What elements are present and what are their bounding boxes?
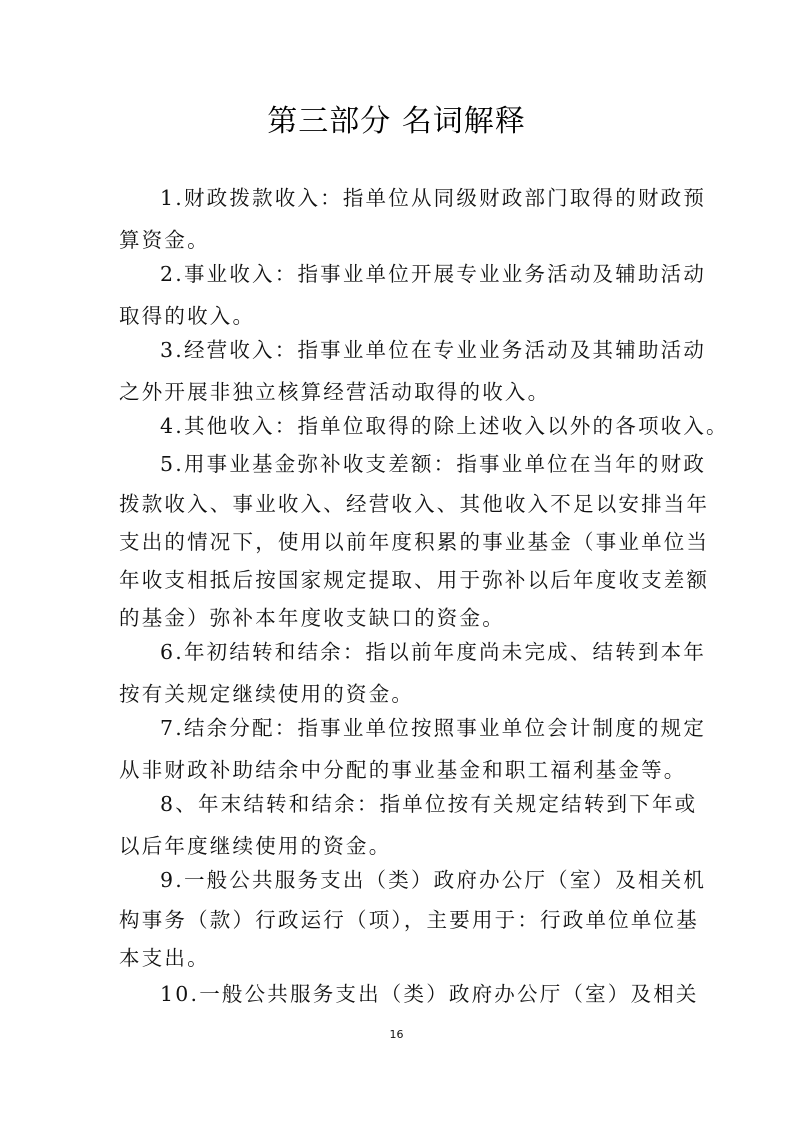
- paragraph-line: 9.一般公共服务支出（类）政府办公厅（室）及相关机: [160, 868, 706, 892]
- paragraph-line: 4.其他收入：指单位取得的除上述收入以外的各项收入。: [160, 414, 729, 438]
- paragraph-line: 以后年度继续使用的资金。: [119, 834, 391, 858]
- paragraph-line: 从非财政补助结余中分配的事业基金和职工福利基金等。: [119, 758, 687, 782]
- page-number: 16: [0, 1028, 793, 1041]
- paragraph-line: 年收支相抵后按国家规定提取、用于弥补以后年度收支差额: [119, 568, 709, 592]
- paragraph-line: 拨款收入、事业收入、经营收入、其他收入不足以安排当年: [119, 492, 709, 516]
- paragraph-line: 7.结余分配：指事业单位按照事业单位会计制度的规定: [160, 716, 706, 740]
- paragraph-line: 5.用事业基金弥补收支差额：指事业单位在当年的财政: [160, 452, 706, 476]
- paragraph-line: 3.经营收入：指事业单位在专业业务活动及其辅助活动: [160, 338, 706, 362]
- paragraph-line: 算资金。: [119, 228, 210, 252]
- paragraph-line: 支出的情况下，使用以前年度积累的事业基金（事业单位当: [119, 530, 709, 554]
- paragraph-line: 8、年末结转和结余：指单位按有关规定结转到下年或: [160, 792, 697, 816]
- paragraph-line: 本支出。: [119, 946, 210, 970]
- paragraph-line: 6.年初结转和结余：指以前年度尚未完成、结转到本年: [160, 640, 706, 664]
- paragraph-line: 的基金）弥补本年度收支缺口的资金。: [119, 606, 505, 630]
- paragraph-line: 按有关规定继续使用的资金。: [119, 682, 414, 706]
- paragraph-line: 10.一般公共服务支出（类）政府办公厅（室）及相关: [160, 982, 699, 1006]
- page-title: 第三部分 名词解释: [0, 96, 793, 140]
- paragraph-line: 构事务（款）行政运行（项），主要用于：行政单位单位基: [119, 908, 699, 932]
- paragraph-line: 2.事业收入：指事业单位开展专业业务活动及辅助活动: [160, 262, 706, 286]
- paragraph-line: 之外开展非独立核算经营活动取得的收入。: [119, 380, 550, 404]
- paragraph-line: 取得的收入。: [119, 304, 255, 328]
- paragraph-line: 1.财政拨款收入：指单位从同级财政部门取得的财政预: [160, 186, 706, 210]
